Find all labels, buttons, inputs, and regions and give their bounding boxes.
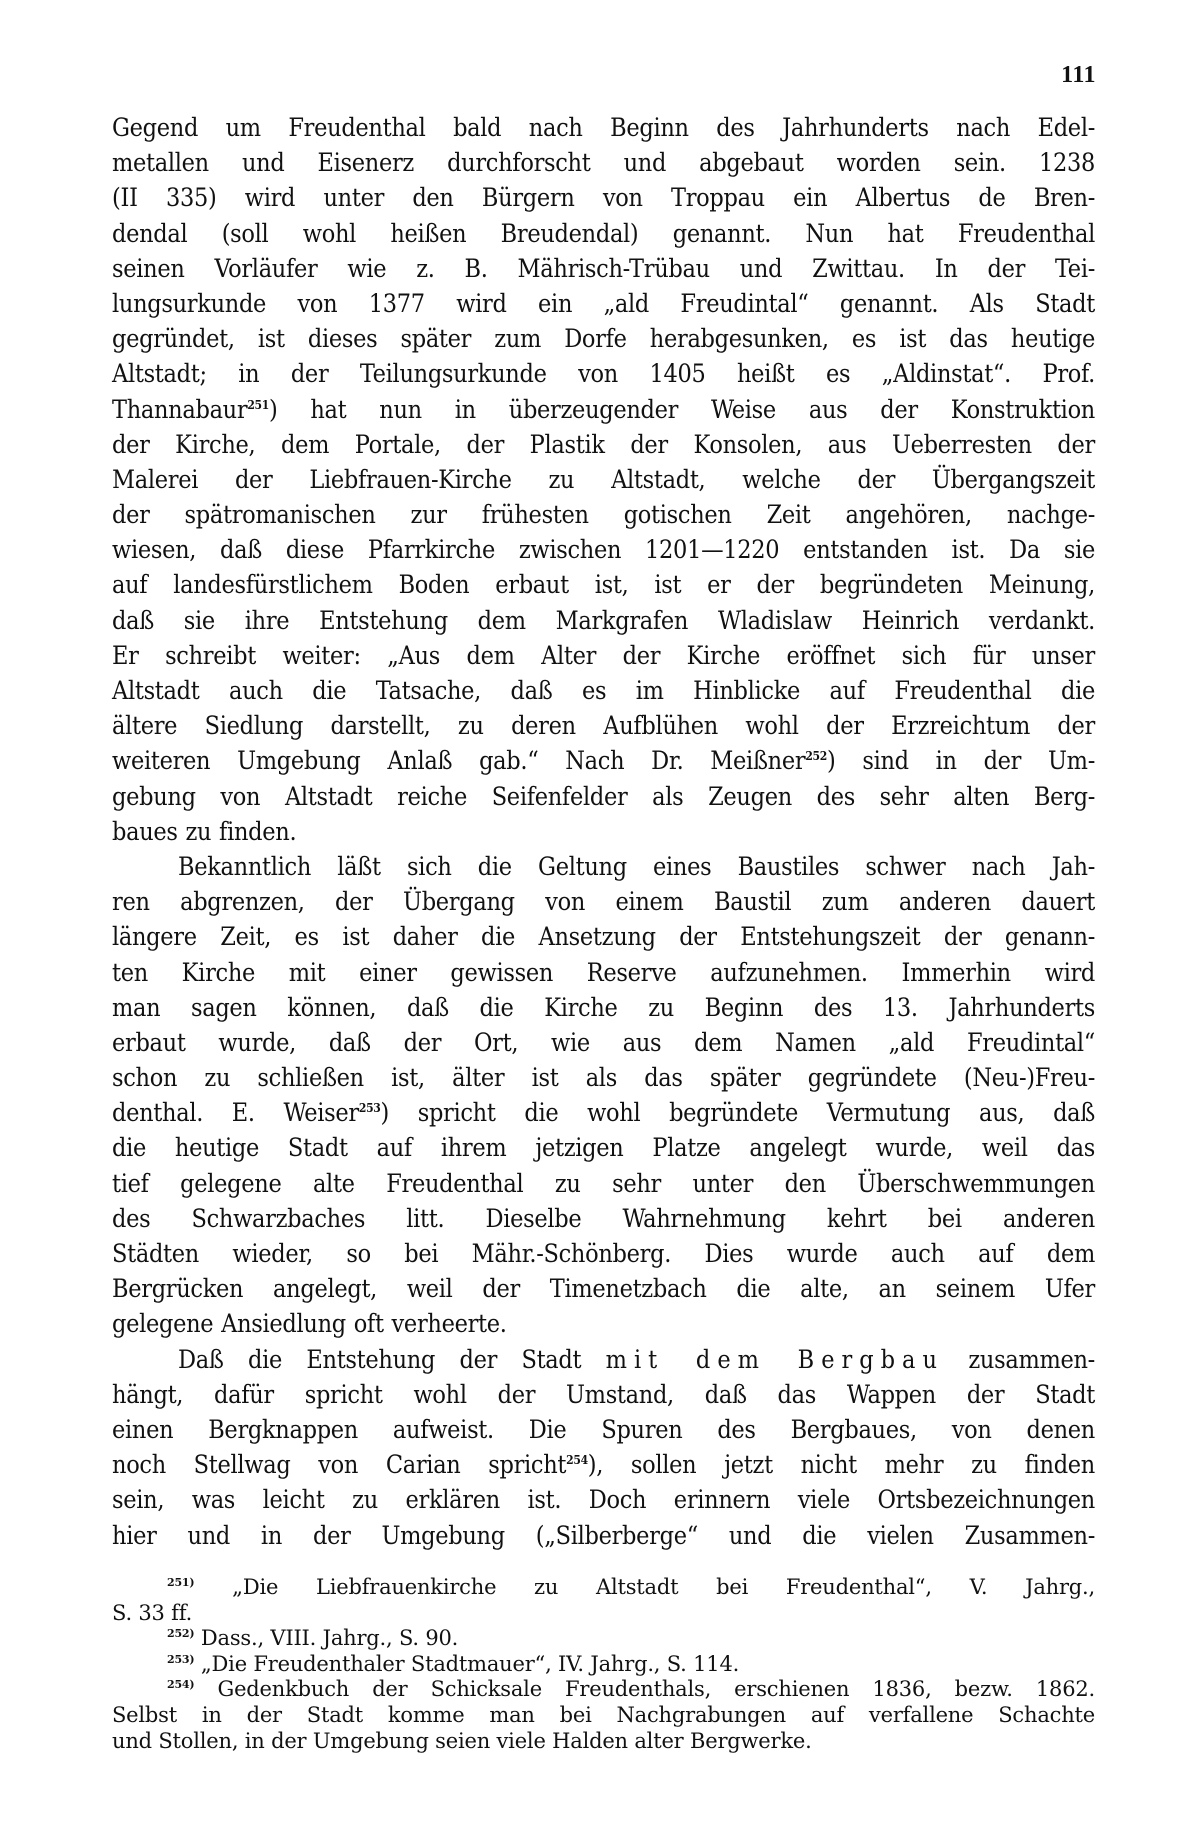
text-line: schon zu schließen ist, älter ist als da… — [112, 1060, 1095, 1095]
text-line: daß sie ihre Entstehung dem Markgrafen W… — [112, 603, 1095, 638]
footnote-line: 254) Gedenkbuch der Schicksale Freudenth… — [112, 1677, 1095, 1703]
footnote-line: Selbst in der Stadt komme man bei Nachgr… — [112, 1703, 1095, 1729]
line-text: Bekanntlich läßt sich die Geltung eines … — [178, 852, 1095, 881]
line-text: gelegene Ansiedlung oft verheerte. — [112, 1309, 507, 1338]
text-line: noch Stellwag von Carian spricht254), so… — [112, 1447, 1095, 1482]
text-line: ten Kirche mit einer gewissen Reserve au… — [112, 955, 1095, 990]
text-line: metallen und Eisenerz durchforscht und a… — [112, 145, 1095, 180]
footnote-line: S. 33 ff. — [112, 1601, 1095, 1627]
text-line: des Schwarzbaches litt. Dieselbe Wahrneh… — [112, 1201, 1095, 1236]
footnote-text: Dass., VIII. Jahrg., S. 90. — [201, 1626, 458, 1650]
text-line: man sagen können, daß die Kirche zu Begi… — [112, 990, 1095, 1025]
text-line: Malerei der Liebfrauen-Kirche zu Altstad… — [112, 462, 1095, 497]
line-text: seinen Vorläufer wie z. B. Mährisch-Trüb… — [112, 254, 1095, 283]
text-line: Städten wieder, so bei Mähr.-Schönberg. … — [112, 1236, 1095, 1271]
footnote-reference[interactable]: 252 — [805, 749, 827, 763]
text-line: tief gelegene alte Freudenthal zu sehr u… — [112, 1166, 1095, 1201]
text-line: ältere Siedlung darstellt, zu deren Aufb… — [112, 708, 1095, 743]
text-line: Bekanntlich läßt sich die Geltung eines … — [112, 849, 1095, 884]
text-line: hängt, dafür spricht wohl der Umstand, d… — [112, 1377, 1095, 1412]
line-text: wiesen, daß diese Pfarrkirche zwischen 1… — [112, 535, 1095, 564]
footnote-line: 252) Dass., VIII. Jahrg., S. 90. — [112, 1626, 1095, 1652]
line-text: ) hat nun in überzeugender Weise aus der… — [269, 395, 1095, 424]
footnote-marker: 254) — [167, 1678, 194, 1691]
text-line: dendal (soll wohl heißen Breudendal) gen… — [112, 216, 1095, 251]
line-text: lungsurkunde von 1377 wird ein „ald Freu… — [112, 289, 1095, 318]
text-line: auf landesfürstlichem Boden erbaut ist, … — [112, 567, 1095, 602]
line-text: Malerei der Liebfrauen-Kirche zu Altstad… — [112, 465, 1095, 494]
text-line: die heutige Stadt auf ihrem jetzigen Pla… — [112, 1130, 1095, 1165]
line-text: ten Kirche mit einer gewissen Reserve au… — [112, 958, 1095, 987]
line-text: ), sollen jetzt nicht mehr zu finden — [588, 1450, 1095, 1479]
footnote-line: 251) „Die Liebfrauenkirche zu Altstadt b… — [112, 1575, 1095, 1601]
footnote-reference[interactable]: 251 — [247, 398, 269, 412]
line-text: zusammen- — [944, 1345, 1095, 1374]
line-text: Thannabaur — [112, 395, 247, 424]
line-text: die heutige Stadt auf ihrem jetzigen Pla… — [112, 1133, 1095, 1162]
line-text: Altstadt; in der Teilungsurkunde von 140… — [112, 359, 1095, 388]
line-text: man sagen können, daß die Kirche zu Begi… — [112, 993, 1095, 1022]
text-line: denthal. E. Weiser253) spricht die wohl … — [112, 1095, 1095, 1130]
text-line: weiteren Umgebung Anlaß gab.“ Nach Dr. M… — [112, 743, 1095, 778]
text-line: Altstadt; in der Teilungsurkunde von 140… — [112, 356, 1095, 391]
line-text: der Kirche, dem Portale, der Plastik der… — [112, 430, 1095, 459]
footnote-text: S. 33 ff. — [112, 1601, 192, 1625]
line-text: gebung von Altstadt reiche Seifenfelder … — [112, 782, 1095, 811]
text-line: Thannabaur251) hat nun in überzeugender … — [112, 392, 1095, 427]
text-line: der spätromanischen zur frühesten gotisc… — [112, 497, 1095, 532]
text-line: gegründet, ist dieses später zum Dorfe h… — [112, 321, 1095, 356]
text-line: Er schreibt weiter: „Aus dem Alter der K… — [112, 638, 1095, 673]
line-text: metallen und Eisenerz durchforscht und a… — [112, 148, 1095, 177]
line-text: längere Zeit, es ist daher die Ansetzung… — [112, 922, 1095, 951]
footnote-text: „Die Liebfrauenkirche zu Altstadt bei Fr… — [232, 1575, 1095, 1599]
line-text: einen Bergknappen aufweist. Die Spuren d… — [112, 1415, 1095, 1444]
text-line: hier und in der Umgebung („Silberberge“ … — [112, 1518, 1095, 1553]
line-text: auf landesfürstlichem Boden erbaut ist, … — [112, 570, 1095, 599]
line-text: Städten wieder, so bei Mähr.-Schönberg. … — [112, 1239, 1095, 1268]
body-text: Gegend um Freudenthal bald nach Beginn d… — [112, 110, 1095, 1553]
footnote-text: Selbst in der Stadt komme man bei Nachgr… — [112, 1703, 1095, 1727]
text-line: sein, was leicht zu erklären ist. Doch e… — [112, 1482, 1095, 1517]
footnote-text: Gedenkbuch der Schicksale Freudenthals, … — [218, 1677, 1096, 1701]
text-line: Daß die Entstehung der Stadt mit dem Ber… — [112, 1342, 1095, 1377]
text-line: Altstadt auch die Tatsache, daß es im Hi… — [112, 673, 1095, 708]
line-text: ) spricht die wohl begründete Vermutung … — [381, 1098, 1096, 1127]
line-text: sein, was leicht zu erklären ist. Doch e… — [112, 1485, 1095, 1514]
emphasized-text: mit dem Bergbau — [606, 1345, 944, 1374]
footnote-marker: 252) — [167, 1627, 194, 1640]
line-text: Daß die Entstehung der Stadt — [178, 1345, 606, 1374]
text-line: gebung von Altstadt reiche Seifenfelder … — [112, 779, 1095, 814]
footnote-marker: 251) — [167, 1576, 194, 1589]
line-text: hängt, dafür spricht wohl der Umstand, d… — [112, 1380, 1095, 1409]
page-number: 111 — [1040, 62, 1096, 89]
line-text: erbaut wurde, daß der Ort, wie aus dem N… — [112, 1028, 1095, 1057]
text-line: der Kirche, dem Portale, der Plastik der… — [112, 427, 1095, 462]
line-text: ren abgrenzen, der Übergang von einem Ba… — [112, 887, 1095, 916]
text-line: ren abgrenzen, der Übergang von einem Ba… — [112, 884, 1095, 919]
line-text: dendal (soll wohl heißen Breudendal) gen… — [112, 219, 1095, 248]
footnote-marker: 253) — [167, 1653, 194, 1666]
text-line: gelegene Ansiedlung oft verheerte. — [112, 1306, 1095, 1341]
line-text: ältere Siedlung darstellt, zu deren Aufb… — [112, 711, 1095, 740]
line-text: ) sind in der Um- — [827, 746, 1095, 775]
line-text: tief gelegene alte Freudenthal zu sehr u… — [112, 1169, 1095, 1198]
line-text: Altstadt auch die Tatsache, daß es im Hi… — [112, 676, 1095, 705]
footnote-line: 253) „Die Freudenthaler Stadtmauer“, IV.… — [112, 1652, 1095, 1678]
line-text: baues zu finden. — [112, 817, 296, 846]
line-text: Er schreibt weiter: „Aus dem Alter der K… — [112, 641, 1095, 670]
text-line: seinen Vorläufer wie z. B. Mährisch-Trüb… — [112, 251, 1095, 286]
line-text: hier und in der Umgebung („Silberberge“ … — [112, 1521, 1095, 1550]
line-text: des Schwarzbaches litt. Dieselbe Wahrneh… — [112, 1204, 1095, 1233]
text-line: baues zu finden. — [112, 814, 1095, 849]
footnotes: 251) „Die Liebfrauenkirche zu Altstadt b… — [112, 1575, 1095, 1754]
line-text: der spätromanischen zur frühesten gotisc… — [112, 500, 1095, 529]
text-line: Gegend um Freudenthal bald nach Beginn d… — [112, 110, 1095, 145]
line-text: Bergrücken angelegt, weil der Timenetzba… — [112, 1274, 1095, 1303]
line-text: schon zu schließen ist, älter ist als da… — [112, 1063, 1095, 1092]
text-line: (II 335) wird unter den Bürgern von Trop… — [112, 180, 1095, 215]
footnote-text: und Stollen, in der Umgebung seien viele… — [112, 1729, 812, 1753]
line-text: weiteren Umgebung Anlaß gab.“ Nach Dr. M… — [112, 746, 805, 775]
line-text: daß sie ihre Entstehung dem Markgrafen W… — [112, 606, 1095, 635]
line-text: (II 335) wird unter den Bürgern von Trop… — [112, 183, 1095, 212]
text-line: lungsurkunde von 1377 wird ein „ald Freu… — [112, 286, 1095, 321]
line-text: denthal. E. Weiser — [112, 1098, 359, 1127]
text-line: wiesen, daß diese Pfarrkirche zwischen 1… — [112, 532, 1095, 567]
footnote-reference[interactable]: 254 — [566, 1453, 588, 1467]
text-line: Bergrücken angelegt, weil der Timenetzba… — [112, 1271, 1095, 1306]
text-line: erbaut wurde, daß der Ort, wie aus dem N… — [112, 1025, 1095, 1060]
line-text: Gegend um Freudenthal bald nach Beginn d… — [112, 113, 1095, 142]
footnote-line: und Stollen, in der Umgebung seien viele… — [112, 1729, 1095, 1755]
footnote-reference[interactable]: 253 — [359, 1101, 381, 1115]
text-line: längere Zeit, es ist daher die Ansetzung… — [112, 919, 1095, 954]
line-text: noch Stellwag von Carian spricht — [112, 1450, 566, 1479]
footnote-text: „Die Freudenthaler Stadtmauer“, IV. Jahr… — [201, 1652, 739, 1676]
line-text: gegründet, ist dieses später zum Dorfe h… — [112, 324, 1095, 353]
text-line: einen Bergknappen aufweist. Die Spuren d… — [112, 1412, 1095, 1447]
